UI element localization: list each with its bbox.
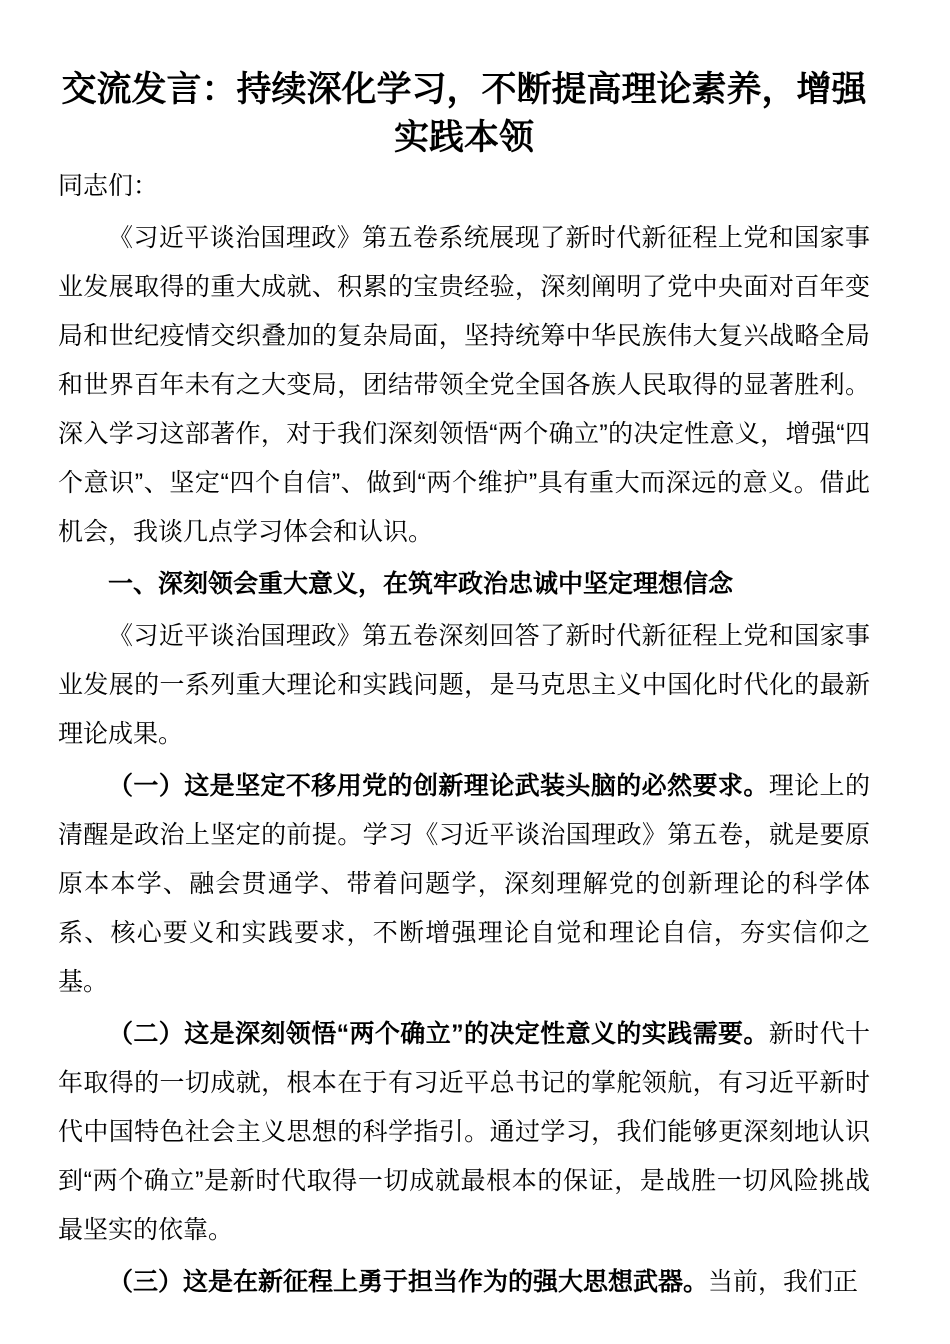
point-1-text: 理论上的清醒是政治上坚定的前提。学习《习近平谈治国理政》第五卷，就是要原原本本学…: [58, 772, 870, 996]
body-paragraph-intro: 《习近平谈治国理政》第五卷系统展现了新时代新征程上党和国家事业发展取得的重大成就…: [58, 214, 870, 557]
point-2-text: 新时代十年取得的一切成就，根本在于有习近平总书记的掌舵领航，有习近平新时代中国特…: [58, 1020, 870, 1244]
point-3-text: 当前，我们正: [708, 1268, 858, 1296]
body-paragraph-point-2: （二）这是深刻领悟“两个确立”的决定性意义的实践需要。新时代十年取得的一切成就，…: [58, 1010, 870, 1255]
body-paragraph-point-3: （三）这是在新征程上勇于担当作为的强大思想武器。当前，我们正: [58, 1258, 870, 1307]
point-2-lead: （二）这是深刻领悟“两个确立”的决定性意义的实践需要。: [108, 1020, 769, 1048]
body-paragraph-point-1: （一）这是坚定不移用党的创新理论武装头脑的必然要求。理论上的清醒是政治上坚定的前…: [58, 762, 870, 1007]
salutation: 同志们：: [58, 162, 870, 211]
document-page: 交流发言：持续深化学习，不断提高理论素养，增强实践本领 同志们： 《习近平谈治国…: [58, 0, 870, 1307]
point-1-lead: （一）这是坚定不移用党的创新理论武装头脑的必然要求。: [108, 772, 769, 800]
section-heading-1: 一、深刻领会重大意义，在筑牢政治忠诚中坚定理想信念: [58, 560, 870, 609]
body-paragraph-section1-intro: 《习近平谈治国理政》第五卷深刻回答了新时代新征程上党和国家事业发展的一系列重大理…: [58, 612, 870, 759]
point-3-lead: （三）这是在新征程上勇于担当作为的强大思想武器。: [108, 1268, 708, 1296]
document-title: 交流发言：持续深化学习，不断提高理论素养，增强实践本领: [58, 66, 870, 162]
